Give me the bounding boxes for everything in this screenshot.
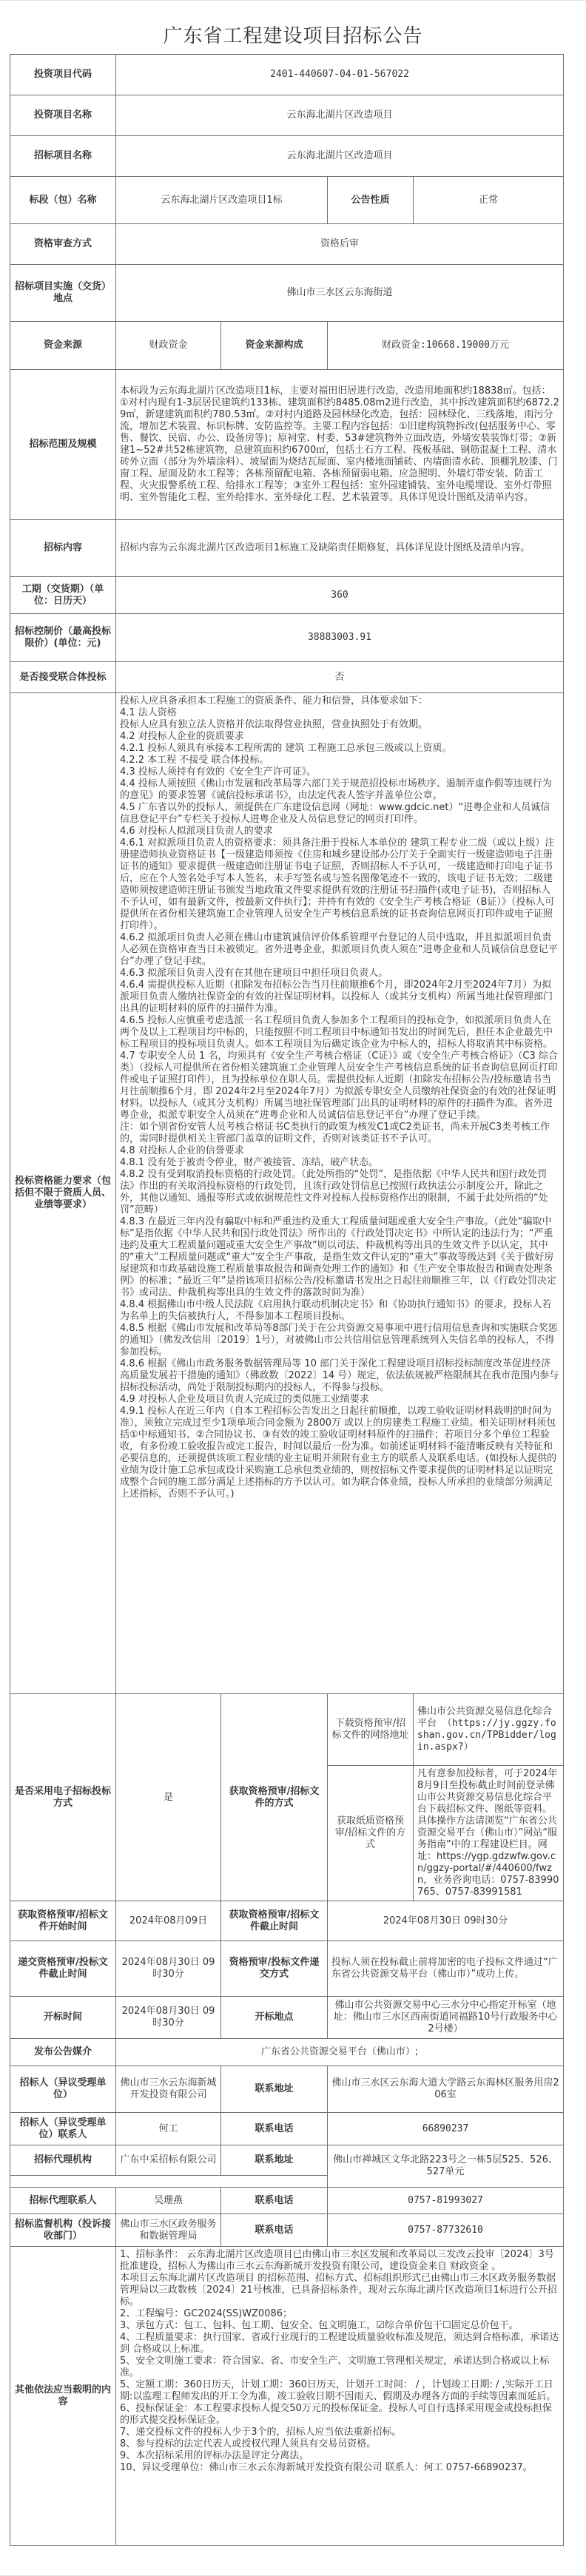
row-agency-contact: 招标代理联系人 吴珊燕 联系电话 0757-81993027 <box>10 2188 564 2214</box>
label-paper-method: 获取纸质资格预审/招标文件的方式 <box>328 1766 414 1901</box>
value-paper-method: 凡有意参加投标者，可于2024年8月9日至投标截止时间前登录佛山市公共资源交易信… <box>414 1766 564 1901</box>
value-funding: 财政资金 <box>116 322 221 370</box>
label-scope: 招标范围及规模 <box>10 370 116 520</box>
tender-notice-table: 投资项目代码 2401-440607-04-01-567022 投资项目名称 云… <box>10 54 564 2546</box>
value-section: 云东海北湖片区改造项目1标 <box>116 177 328 224</box>
label-duration: 工期（交货期）（单位：日历天） <box>10 577 116 614</box>
label-agency-contact: 招标代理联系人 <box>10 2188 116 2214</box>
value-qualification: 投标人应具备承担本工程施工的资质条件、能力和信誉，具体要求如下： 4.1 法人资… <box>116 693 564 1694</box>
value-agency-contact: 吴珊燕 <box>116 2188 221 2214</box>
label-tenderer-phone: 联系电话 <box>221 2113 328 2145</box>
value-submit-method: 投标人须在投标截止前将加密的电子投标文件通过“广东省公共资源交易平台（佛山市）”… <box>328 1941 564 1997</box>
value-control-price: 38883003.91 <box>116 614 564 662</box>
row-consortium: 是否接受联合体投标 否 <box>10 662 564 693</box>
value-tenderer-contact: 何工 <box>116 2113 221 2145</box>
value-scope: 本标段为云东海北湖片区改造项目1标，主要对福田旧居进行改造，改造用地面积约188… <box>116 370 564 520</box>
row-other: 其他依法应当载明的内容 1、招标条件： 云东海北湖片区改造项目已由佛山市三水区发… <box>10 2247 564 2546</box>
value-tender-name: 云东海北湖片区改造项目 <box>116 136 564 177</box>
gap-cell <box>10 2176 328 2188</box>
value-notice-nature: 正常 <box>414 177 564 224</box>
qualification-text: 投标人应具备承担本工程施工的资质条件、能力和信誉，具体要求如下： 4.1 法人资… <box>120 695 559 1500</box>
label-qual-method: 资格审查方式 <box>10 224 116 265</box>
label-opening-place: 开标地点 <box>221 1997 328 2039</box>
row-section: 标段（包）名称 云东海北湖片区改造项目1标 公告性质 正常 <box>10 177 564 224</box>
label-tender-name: 招标项目名称 <box>10 136 116 177</box>
row-tender-name: 招标项目名称 云东海北湖片区改造项目 <box>10 136 564 177</box>
row-control-price: 招标控制价（最高投标限价）(单位：元) 38883003.91 <box>10 614 564 662</box>
value-agency-address: 佛山市禅城区文华北路223号之一栋5层525、526、527单元 <box>328 2145 564 2188</box>
row-opening: 开标时间 2024年08月30日 09时30分 开标地点 佛山市公共资源交易中心… <box>10 1997 564 2039</box>
value-supervisor: 佛山市三水区政务服务和数据管理局 <box>116 2214 221 2247</box>
value-agency: 广东中采招标有限公司 <box>116 2145 221 2176</box>
label-funding: 资金来源 <box>10 322 116 370</box>
value-electronic: 是 <box>116 1694 221 1901</box>
row-content: 招标内容 招标内容为云东海北湖片区改造项目1标施工及缺陷责任期修复，具体详见设计… <box>10 520 564 577</box>
label-electronic: 是否采用电子招标投标方式 <box>10 1694 116 1901</box>
page-title: 广东省工程建设项目招标公告 <box>0 1 586 54</box>
row-duration: 工期（交货期）（单位：日历天） 360 <box>10 577 564 614</box>
value-qual-method: 资格后审 <box>116 224 564 265</box>
label-agency-phone: 联系电话 <box>221 2188 328 2214</box>
value-content: 招标内容为云东海北湖片区改造项目1标施工及缺陷责任期修复，具体详见设计图纸及清单… <box>116 520 564 577</box>
row-supervisor: 招标监督机构（投诉接收部门） 佛山市三水区政务服务和数据管理局 联系电话 075… <box>10 2214 564 2247</box>
label-tenderer: 招标人（异议受理单位） <box>10 2066 116 2113</box>
row-doc-time: 获取资格预审/招标文件开始时间 2024年08月09日 获取资格预审/招标文件截… <box>10 1901 564 1941</box>
label-tenderer-contact: 招标人（异议受理单位）联系人 <box>10 2113 116 2145</box>
label-submit-method: 资格预审/投标文件递交方式 <box>221 1941 328 1997</box>
label-agency: 招标代理机构 <box>10 2145 116 2176</box>
row-tenderer-contact: 招标人（异议受理单位）联系人 何工 联系电话 66890237 <box>10 2113 564 2145</box>
row-qual-method: 资格审查方式 资格后审 <box>10 224 564 265</box>
label-control-price: 招标控制价（最高投标限价）(单位：元) <box>10 614 116 662</box>
label-doc-end: 获取资格预审/招标文件截止时间 <box>221 1901 328 1941</box>
scope-text: 本标段为云东海北湖片区改造项目1标，主要对福田旧居进行改造，改造用地面积约188… <box>120 385 559 504</box>
label-content: 招标内容 <box>10 520 116 577</box>
label-invest-code: 投资项目代码 <box>10 55 116 95</box>
label-location: 招标项目实施（交货）地点 <box>10 265 116 322</box>
other-text: 1、招标条件： 云东海北湖片区改造项目已由佛山市三水区发展和改革局以三发改云投审… <box>120 2249 559 2474</box>
row-scope: 招标范围及规模 本标段为云东海北湖片区改造项目1标，主要对福田旧居进行改造，改造… <box>10 370 564 520</box>
label-media: 发布公告媒介 <box>10 2039 116 2066</box>
value-opening-place: 佛山市公共资源交易中心三水分中心指定开标室（地址：佛山市三水区西南街道同福路10… <box>328 1997 564 2039</box>
label-funding-composition: 资金来源构成 <box>221 322 328 370</box>
value-consortium: 否 <box>116 662 564 693</box>
value-tenderer: 佛山市三水云东海新城开发投资有限公司 <box>116 2066 221 2113</box>
value-download-address[interactable]: 佛山市公共资源交易信息化综合平台 （https://jy.ggzy.foshan… <box>414 1694 564 1766</box>
label-opening-time: 开标时间 <box>10 1997 116 2039</box>
label-tenderer-address: 联系地址 <box>221 2066 328 2113</box>
label-section: 标段（包）名称 <box>10 177 116 224</box>
value-agency-phone: 0757-81993027 <box>328 2188 564 2214</box>
value-other: 1、招标条件： 云东海北湖片区改造项目已由佛山市三水区发展和改革局以三发改云投审… <box>116 2247 564 2546</box>
value-invest-name: 云东海北湖片区改造项目 <box>116 95 564 136</box>
value-media: 广东省公共资源交易平台（佛山市）; <box>116 2039 564 2066</box>
row-funding: 资金来源 财政资金 资金来源构成 财政资金:10668.19000万元 <box>10 322 564 370</box>
value-doc-end: 2024年08月30日 09时30分 <box>328 1901 564 1941</box>
label-notice-nature: 公告性质 <box>328 177 414 224</box>
row-agency: 招标代理机构 广东中采招标有限公司 联系地址 佛山市禅城区文华北路223号之一栋… <box>10 2145 564 2176</box>
value-tenderer-address: 佛山市三水区云东海大道大学路云东海林区服务用房206室 <box>328 2066 564 2113</box>
label-doc-start: 获取资格预审/招标文件开始时间 <box>10 1901 116 1941</box>
label-consortium: 是否接受联合体投标 <box>10 662 116 693</box>
label-qualification: 投标资格能力要求（包括但不限于资质人员、业绩等要求） <box>10 693 116 1694</box>
value-funding-composition: 财政资金:10668.19000万元 <box>328 322 564 370</box>
label-invest-name: 投资项目名称 <box>10 95 116 136</box>
value-opening-time: 2024年08月30日 09时30分 <box>116 1997 221 2039</box>
row-invest-name: 投资项目名称 云东海北湖片区改造项目 <box>10 95 564 136</box>
row-location: 招标项目实施（交货）地点 佛山市三水区云东海街道 <box>10 265 564 322</box>
value-supervisor-phone: 0757-87732610 <box>328 2214 564 2247</box>
label-download-address: 下载资格预审/招标文件的网络地址 <box>328 1694 414 1766</box>
value-submit-deadline: 2024年08月30日 09时30分 <box>116 1941 221 1997</box>
row-electronic-download: 是否采用电子招标投标方式 是 获取资格预审/招标文件的方式 下载资格预审/招标文… <box>10 1694 564 1766</box>
row-invest-code: 投资项目代码 2401-440607-04-01-567022 <box>10 55 564 95</box>
value-doc-start: 2024年08月09日 <box>116 1901 221 1941</box>
label-agency-address: 联系地址 <box>221 2145 328 2176</box>
row-tenderer: 招标人（异议受理单位） 佛山市三水云东海新城开发投资有限公司 联系地址 佛山市三… <box>10 2066 564 2113</box>
label-submit-deadline: 递交资格预审/投标文件截止时间 <box>10 1941 116 1997</box>
label-supervisor-phone: 联系电话 <box>221 2214 328 2247</box>
row-qualification: 投标资格能力要求（包括但不限于资质人员、业绩等要求） 投标人应具备承担本工程施工… <box>10 693 564 1694</box>
value-location: 佛山市三水区云东海街道 <box>116 265 564 322</box>
label-supervisor: 招标监督机构（投诉接收部门） <box>10 2214 116 2247</box>
label-other: 其他依法应当载明的内容 <box>10 2247 116 2546</box>
row-media: 发布公告媒介 广东省公共资源交易平台（佛山市）; <box>10 2039 564 2066</box>
value-duration: 360 <box>116 577 564 614</box>
value-invest-code: 2401-440607-04-01-567022 <box>116 55 564 95</box>
row-submit: 递交资格预审/投标文件截止时间 2024年08月30日 09时30分 资格预审/… <box>10 1941 564 1997</box>
label-doc-method: 获取资格预审/招标文件的方式 <box>221 1694 328 1901</box>
value-tenderer-phone: 66890237 <box>328 2113 564 2145</box>
